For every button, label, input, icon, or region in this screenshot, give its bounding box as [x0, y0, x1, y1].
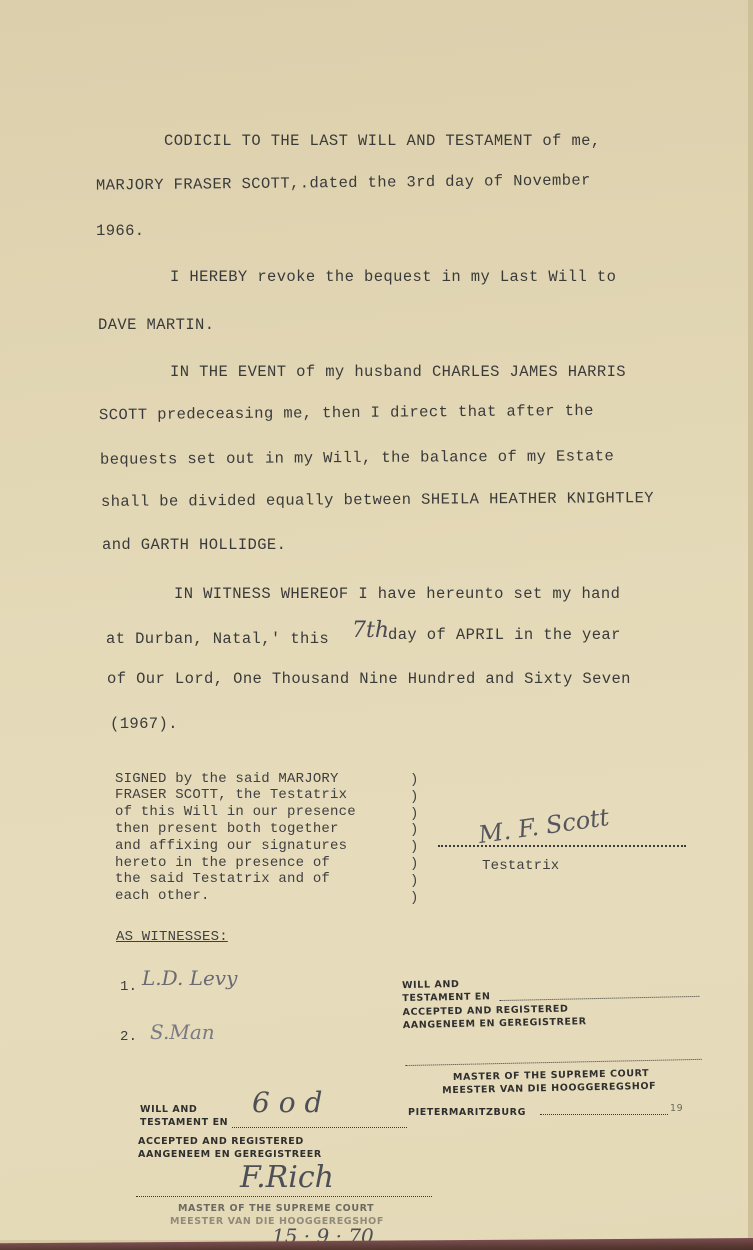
- stamp-text: WILL AND: [140, 1104, 197, 1115]
- witnesses-heading: AS WITNESSES:: [116, 930, 228, 945]
- signing-clause-line: hereto in the presence of: [115, 856, 330, 871]
- testatrix-label: Testatrix: [482, 859, 559, 874]
- signing-clause-line: the said Testatrix and of: [115, 872, 330, 887]
- body-line: DAVE MARTIN.: [98, 316, 214, 334]
- document-page: CODICIL TO THE LAST WILL AND TESTAMENT o…: [0, 0, 749, 1240]
- signing-clause-line: SIGNED by the said MARJORY: [115, 772, 339, 787]
- body-line: and GARTH HOLLIDGE.: [102, 536, 286, 554]
- brackets: ) ) ) ) ) ) ) ): [410, 772, 418, 906]
- page-edge: [748, 0, 753, 1240]
- witness-signature: L.D. Levy: [142, 966, 237, 990]
- stamp-text: TESTAMENT EN: [402, 991, 490, 1004]
- stamp-dotted-line: [136, 1196, 432, 1197]
- stamp-text: TESTAMENT EN: [140, 1117, 228, 1128]
- body-line: of Our Lord, One Thousand Nine Hundred a…: [107, 670, 631, 688]
- handwritten-day: 7th: [352, 618, 389, 643]
- codicil-title-line: CODICIL TO THE LAST WILL AND TESTAMENT o…: [164, 132, 601, 150]
- stamp-dotted-line: [232, 1127, 407, 1128]
- signing-clause-line: FRASER SCOTT, the Testatrix: [115, 788, 347, 803]
- body-line: shall be divided equally between SHEILA …: [101, 489, 654, 511]
- signing-clause-line: and affixing our signatures: [115, 839, 347, 854]
- signing-clause-line: then present both together: [115, 822, 339, 837]
- body-line: at Durban, Natal,' this: [106, 630, 329, 648]
- body-line: bequests set out in my Will, the balance…: [100, 447, 614, 469]
- stamp-text: WILL AND: [402, 979, 460, 991]
- testatrix-signature: M. F. Scott: [477, 803, 611, 849]
- body-line: IN WITNESS WHEREOF I have hereunto set m…: [174, 585, 620, 603]
- body-line: day of APRIL in the year: [388, 626, 621, 644]
- signing-clause-line: each other.: [115, 889, 210, 904]
- witness-number: 2.: [120, 1030, 137, 1045]
- stamp-year: 19: [670, 1103, 683, 1114]
- signing-clause-line: of this Will in our presence: [115, 805, 356, 820]
- stamp-text: MASTER OF THE SUPREME COURT: [178, 1203, 374, 1214]
- body-line: I HEREBY revoke the bequest in my Last W…: [170, 268, 616, 286]
- stamp-text: AANGENEEM EN GEREGISTREER: [403, 1016, 587, 1031]
- stamp-text: ACCEPTED AND REGISTERED: [138, 1136, 304, 1147]
- stamp-dotted-line: [499, 996, 699, 1001]
- handwritten-registration-number: 6 o d: [252, 1086, 322, 1119]
- stamp-dotted-line: [540, 1114, 668, 1115]
- body-line: MARJORY FRASER SCOTT,.dated the 3rd day …: [96, 171, 591, 194]
- signature-line: [438, 845, 686, 847]
- stamp-dotted-line: [406, 1059, 702, 1066]
- body-line: IN THE EVENT of my husband CHARLES JAMES…: [170, 363, 626, 381]
- stamp-text: ACCEPTED AND REGISTERED: [402, 1004, 568, 1018]
- stamp-text: AANGENEEM EN GEREGISTREER: [138, 1149, 322, 1160]
- master-signature: F.Rich: [240, 1160, 334, 1195]
- body-line: (1967).: [110, 715, 178, 733]
- body-line: 1966.: [96, 222, 145, 240]
- witness-number: 1.: [120, 980, 137, 995]
- stamp-place: PIETERMARITZBURG: [408, 1107, 526, 1118]
- body-line: SCOTT predeceasing me, then I direct tha…: [99, 402, 594, 424]
- witness-signature: S.Man: [150, 1020, 215, 1044]
- stamp-text: MEESTER VAN DIE HOOGGEREGSHOF: [442, 1081, 656, 1096]
